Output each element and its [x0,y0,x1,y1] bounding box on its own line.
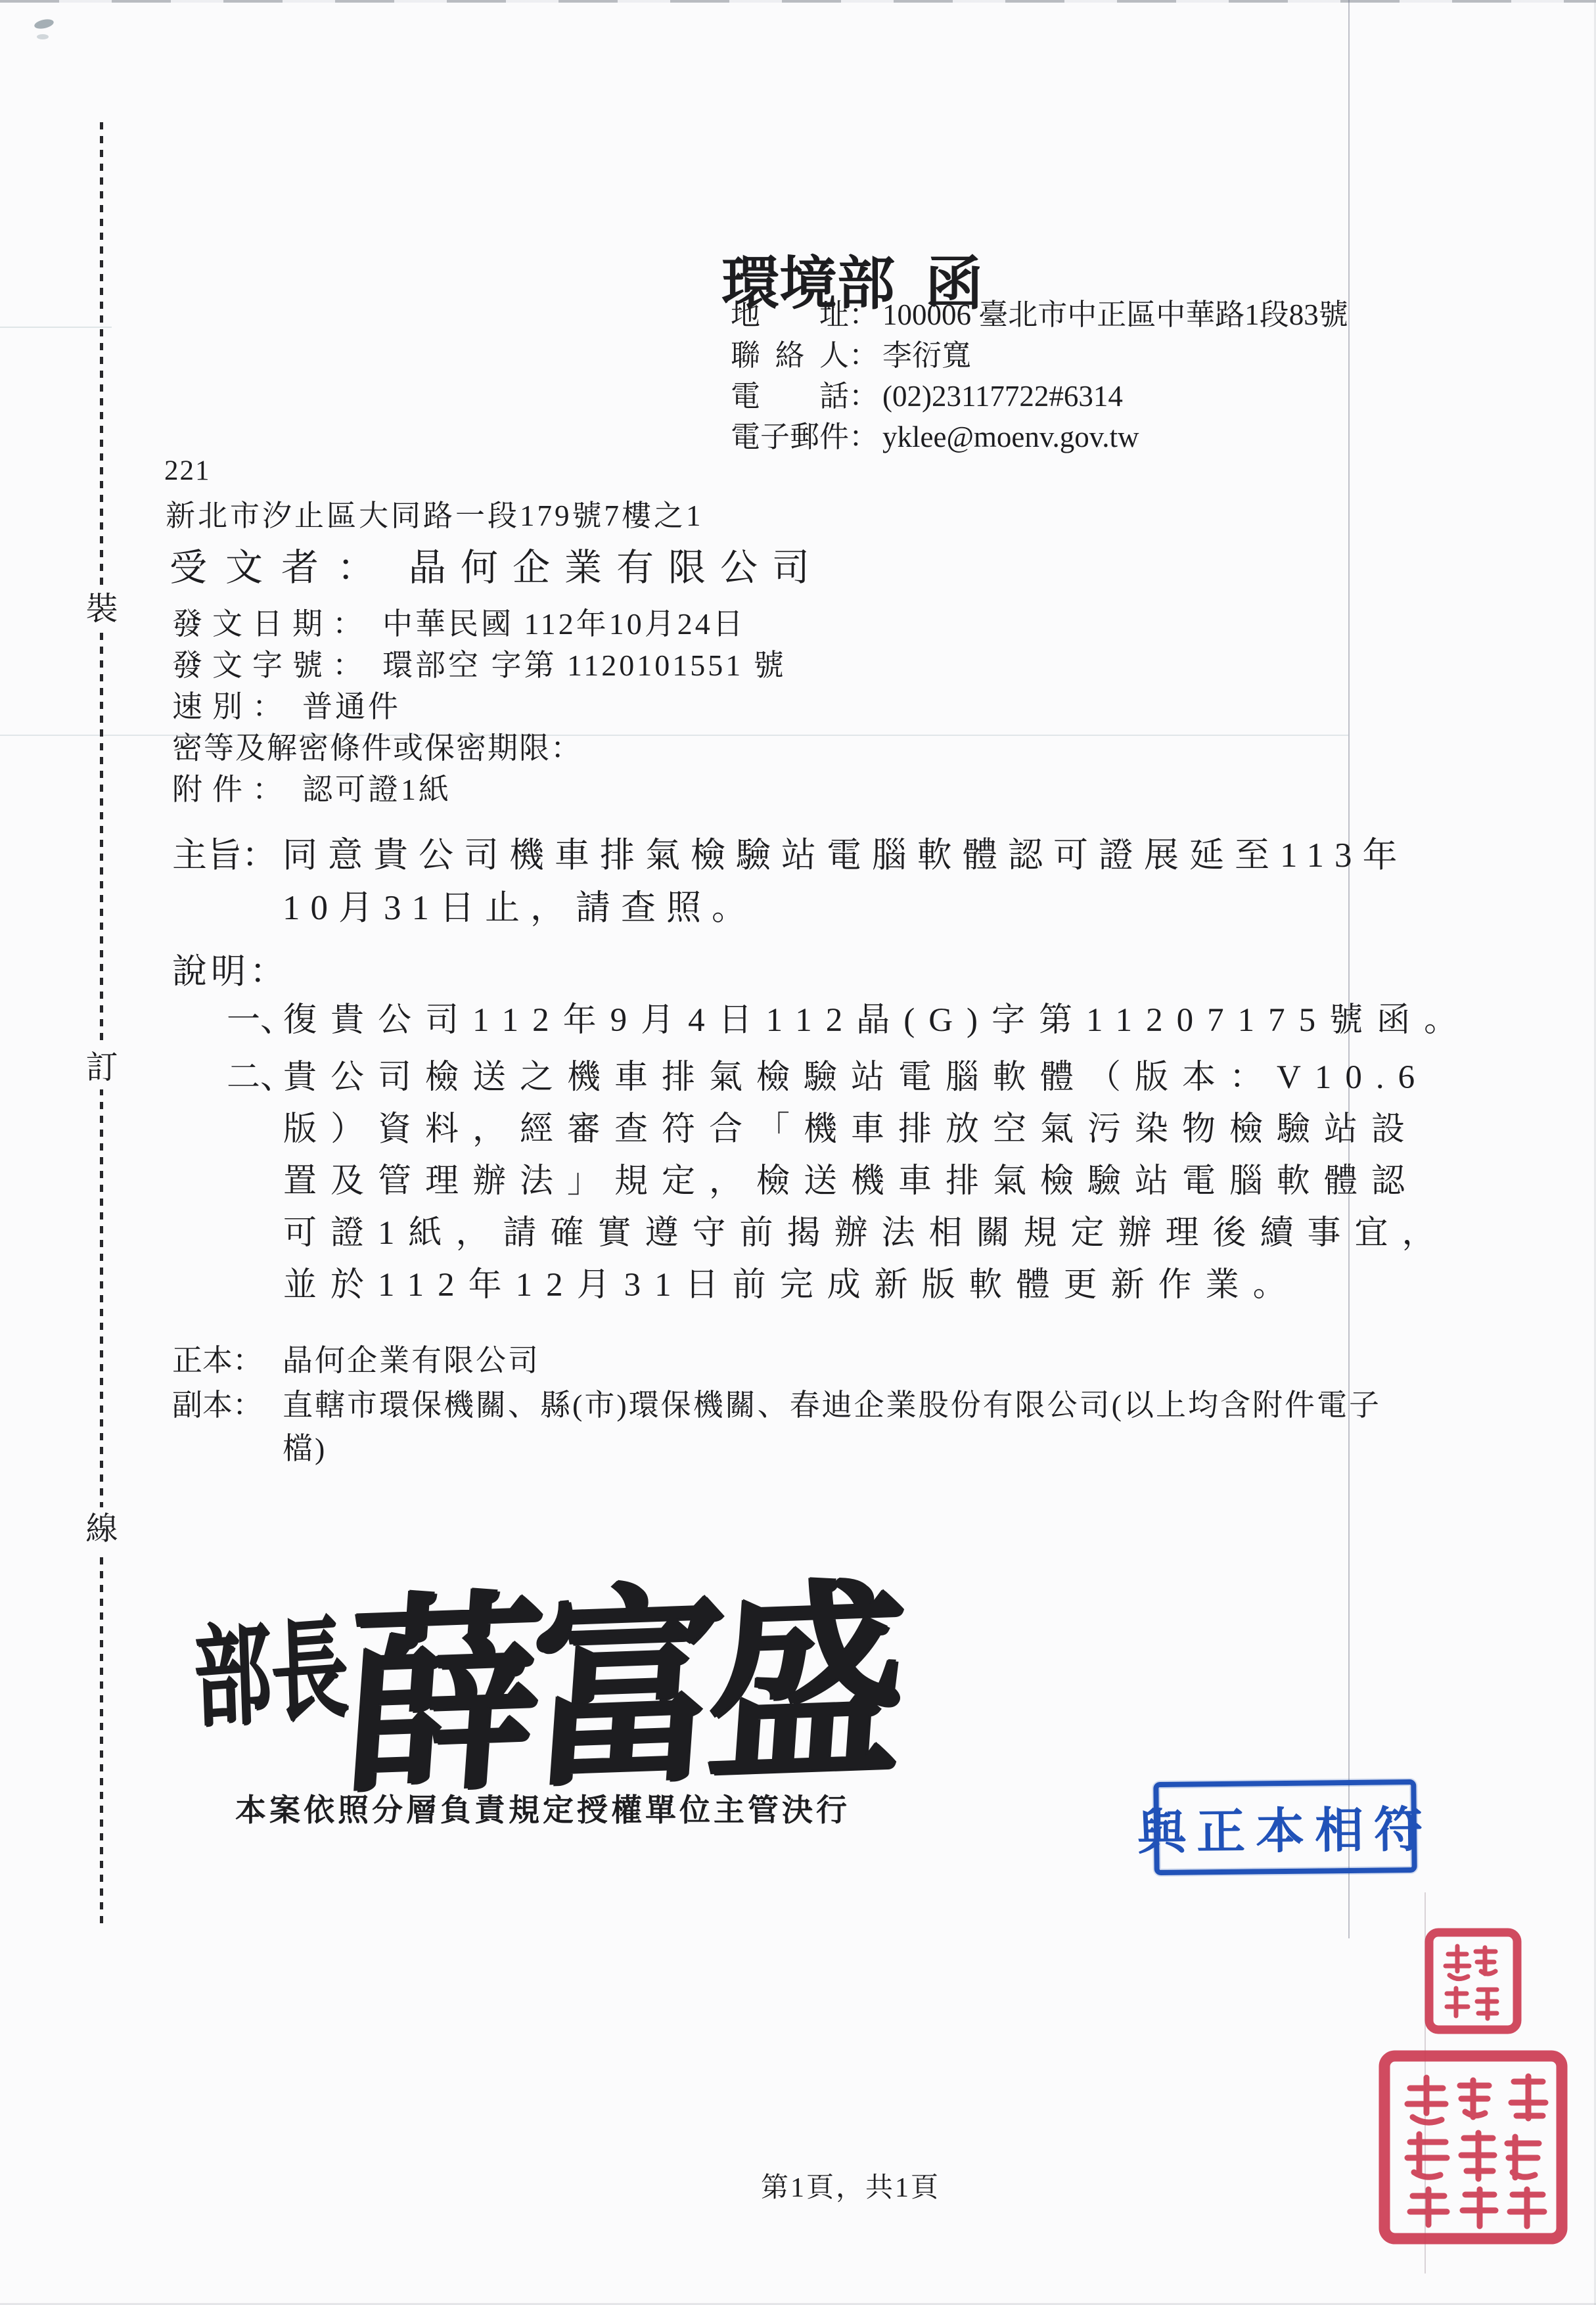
red-seal-small-icon [1423,1927,1523,2036]
scan-top-edge [0,0,1596,3]
recipient-name: 晶何企業有限公司 [409,537,824,591]
colon: ： [233,1344,263,1377]
agency-contact-block: 地址：100006 臺北市中正區中華路1段83號 聯絡人：李衍寬 電話：(02)… [731,294,1348,457]
contact-value: (02)23117722#6314 [882,376,1123,417]
item-text: 復貴公司112年9月4日112晶(G)字第11207175號函。 [283,995,1471,1047]
meta-value: 普通件 [302,686,401,727]
subject-line: 同意貴公司機車排氣檢驗站電腦軟體認可證展延至113年 [283,829,1408,882]
subject-line: 10月31日止，請查照。 [283,882,1408,934]
meta-value: 環部空 字第 1120101551 號 [382,645,787,686]
meta-value: 認可證1紙 [302,769,451,810]
scanned-official-letter: 裝 訂 線 環境部 函 地址：100006 臺北市中正區中華路1段83號 聯絡人… [0,0,1596,2305]
item-line: 復貴公司112年9月4日112晶(G)字第11207175號函。 [283,995,1471,1047]
binding-dotted-line [100,122,103,1925]
meta-label: 密等及解密條件或保密期限 [172,727,551,769]
page-number: 第1頁，共1頁 [761,2166,940,2205]
meta-label: 速別 [172,686,252,727]
recipient-label: 受文者 [170,537,337,591]
colon: ： [849,335,878,376]
minister-title: 部長 [191,1578,350,1748]
stamp-text: 與正本相符 [1137,1791,1433,1864]
contact-label: 電話 [731,376,849,417]
copy-line: 直轄市環保機關、縣(市)環保機關、春迪企業股份有限公司(以上均含附件電子 [283,1384,1381,1427]
minister-signature: 薛富盛 [337,1512,904,1833]
meta-label: 發文字號 [172,645,332,686]
copy-label: 正本： [172,1339,283,1382]
document-meta-block: 發文日期：中華民國 112年10月24日 發文字號：環部空 字第 1120101… [172,603,787,810]
contact-row-phone: 電話：(02)23117722#6314 [731,376,1348,417]
colon: ： [849,417,878,457]
subject-text: 同意貴公司機車排氣檢驗站電腦軟體認可證展延至113年 10月31日止，請查照。 [283,829,1408,934]
colon: ： [849,376,878,417]
contact-value: 100006 臺北市中正區中華路1段83號 [882,294,1348,335]
explanation-heading: 說明： [172,944,288,993]
copy-line: 晶何企業有限公司 [283,1339,540,1382]
copy-recipients: 直轄市環保機關、縣(市)環保機關、春迪企業股份有限公司(以上均含附件電子 檔) [283,1384,1381,1471]
colon: ： [242,836,277,875]
recipient-address: 新北市汐止區大同路一段179號7樓之1 [166,491,704,534]
paper-fold-line [1348,0,1350,1938]
contact-value: yklee@moenv.gov.tw [882,417,1139,457]
recipient-line: 受文者：晶何企業有限公司 [170,537,824,591]
colon: ： [252,686,283,727]
contact-label: 地址 [731,294,849,335]
scan-smudge [37,34,49,39]
meta-label: 附件 [172,769,252,810]
item-line: 並於112年12月31日前完成新版軟體更新作業。 [283,1260,1449,1312]
binding-mark-zhuang: 裝 [81,587,122,631]
colon: ： [849,294,878,335]
delegation-note: 本案依照分層負責規定授權單位主管決行 [235,1786,850,1830]
scan-artifact-line [0,327,112,328]
colon: ： [332,645,363,686]
colon: ： [337,537,375,591]
subject-block: 主旨： 同意貴公司機車排氣檢驗站電腦軟體認可證展延至113年 10月31日止，請… [172,829,1408,934]
item-line: 可證1紙，請確實遵守前揭辦法相關規定辦理後續事宜， [283,1208,1449,1260]
scan-smudge [34,18,55,30]
explanation-item-1: 一、 復貴公司112年9月4日112晶(G)字第11207175號函。 [227,995,1471,1047]
item-number: 一、 [227,995,283,1047]
meta-row-attachment: 附件：認可證1紙 [172,769,787,810]
item-line: 置及管理辦法」規定，檢送機車排氣檢驗站電腦軟體認 [283,1156,1449,1208]
red-seal-large-icon [1377,2049,1569,2246]
binding-mark-xian: 線 [81,1507,122,1551]
contact-value: 李衍寬 [882,335,971,376]
colon: ： [252,769,283,810]
item-text: 貴公司檢送之機車排氣檢驗站電腦軟體（版本：V10.6 版）資料，經審查符合「機車… [283,1052,1449,1312]
contact-row-email: 電子郵件：yklee@moenv.gov.tw [731,417,1348,457]
copy-label: 副本： [172,1384,283,1471]
item-line: 貴公司檢送之機車排氣檢驗站電腦軟體（版本：V10.6 [283,1052,1449,1104]
meta-row-speed: 速別：普通件 [172,686,787,727]
copy-line: 檔) [283,1427,1381,1471]
colon: ： [551,727,581,769]
recipient-postal-code: 221 [164,455,211,487]
explanation-item-2: 二、 貴公司檢送之機車排氣檢驗站電腦軟體（版本：V10.6 版）資料，經審查符合… [227,1052,1449,1312]
subject-label: 主旨： [172,829,283,934]
binding-mark-ding: 訂 [81,1046,122,1089]
contact-label: 聯絡人 [731,335,849,376]
colon: ： [233,1388,263,1422]
meta-row-classification: 密等及解密條件或保密期限： [172,727,787,769]
copy-recipients: 晶何企業有限公司 [283,1339,540,1382]
contact-label: 電子郵件 [731,417,849,457]
meta-row-date: 發文日期：中華民國 112年10月24日 [172,603,787,645]
colon: ： [332,603,363,645]
cc-copy-line: 副本： 直轄市環保機關、縣(市)環保機關、春迪企業股份有限公司(以上均含附件電子… [172,1384,1381,1471]
meta-label: 發文日期 [172,603,332,645]
certified-true-copy-stamp: 與正本相符 [1153,1779,1417,1875]
meta-row-number: 發文字號：環部空 字第 1120101551 號 [172,645,787,686]
colon: ： [250,953,288,991]
item-line: 版）資料，經審查符合「機車排放空氣污染物檢驗站設 [283,1104,1449,1156]
meta-value: 中華民國 112年10月24日 [382,603,746,645]
contact-row-address: 地址：100006 臺北市中正區中華路1段83號 [731,294,1348,335]
contact-row-person: 聯絡人：李衍寬 [731,335,1348,376]
original-copy-line: 正本： 晶何企業有限公司 [172,1339,540,1382]
item-number: 二、 [227,1052,283,1312]
